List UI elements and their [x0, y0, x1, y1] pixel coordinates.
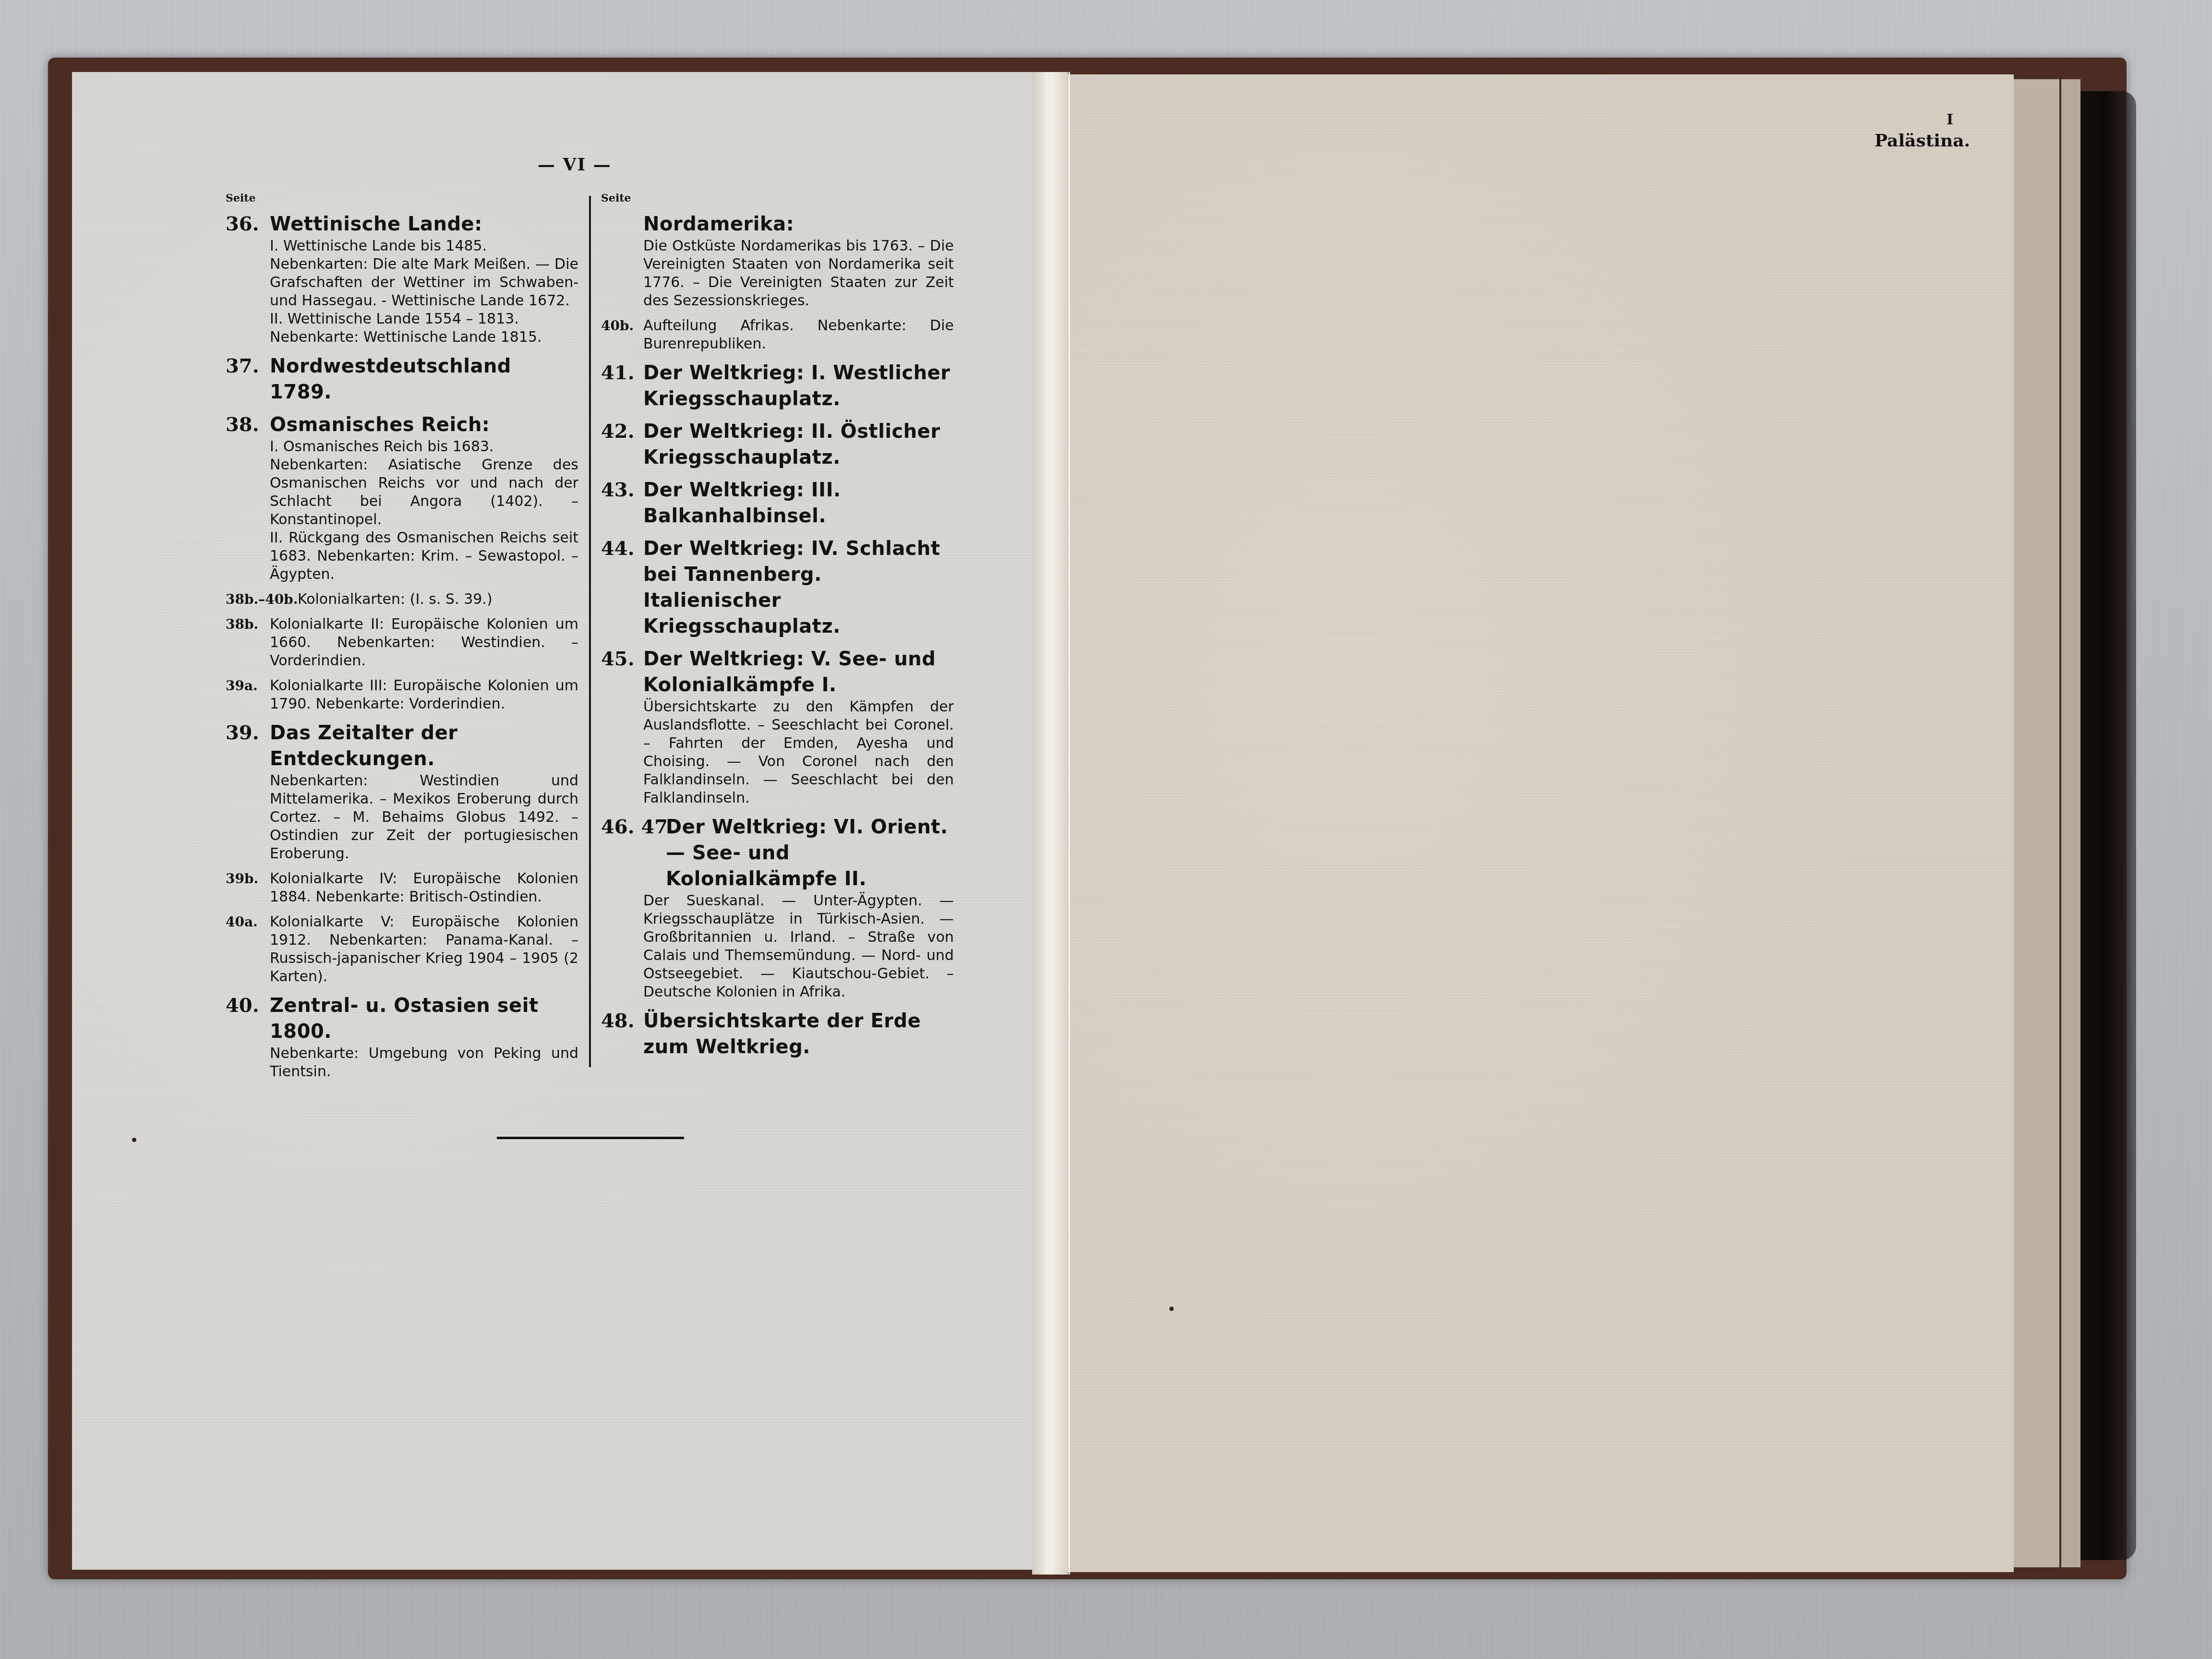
toc-entry-number: 38b.–40b. — [226, 590, 298, 609]
toc-column-right: Seite Nordamerika:Die Ostküste Nordameri… — [601, 192, 954, 1067]
toc-entry-description: Nebenkarten: Westindien und Mittelamerik… — [270, 772, 578, 863]
page-block-edge — [2011, 79, 2062, 1567]
page-number-header: — VI — — [538, 155, 612, 175]
toc-entry-title: Wettinische Lande: — [270, 211, 578, 237]
toc-entry-description: II. Wettinische Lande 1554 – 1813. — [270, 310, 578, 328]
toc-entry-description: Übersichtskarte zu den Kämpfen der Ausla… — [643, 698, 954, 807]
gutter-crease — [1046, 72, 1047, 1575]
toc-entry-number: 39b. — [226, 870, 258, 888]
toc-entry[interactable]: 38b.–40b.Kolonialkarten: (I. s. S. 39.) — [226, 590, 578, 609]
toc-entry-title: Der Weltkrieg: II. Östlicher Kriegsschau… — [643, 419, 954, 470]
page-block-edge-outer — [2059, 79, 2080, 1567]
toc-entry-description: Die Ostküste Nordamerikas bis 1763. – Di… — [643, 237, 954, 310]
toc-entry-number: 38. — [226, 412, 259, 438]
toc-entry-number: 45. — [601, 646, 635, 672]
toc-entry-number: 37. — [226, 353, 259, 379]
toc-entry-number: 44. — [601, 536, 635, 562]
toc-entry[interactable]: 42.Der Weltkrieg: II. Östlicher Kriegssc… — [601, 419, 954, 470]
toc-entry-description: I. Osmanisches Reich bis 1683. — [270, 438, 578, 456]
toc-entry-title: Nordamerika: — [643, 211, 954, 237]
toc-entry-description: Nebenkarten: Asiatische Grenze des Osman… — [270, 456, 578, 529]
toc-entry[interactable]: 39b.Kolonialkarte IV: Europäische Koloni… — [226, 870, 578, 906]
toc-entry[interactable]: 48.Übersichtskarte der Erde zum Weltkrie… — [601, 1008, 954, 1060]
toc-entry-number: 39. — [226, 720, 259, 746]
toc-entry-description: Kolonialkarte IV: Europäische Kolonien 1… — [270, 870, 578, 906]
toc-entry[interactable]: 39.Das Zeitalter der Entdeckungen.Nebenk… — [226, 720, 578, 863]
paper-speck — [1169, 1307, 1174, 1311]
toc-entry-title: Der Weltkrieg: I. Westlicher Kriegsschau… — [643, 360, 954, 412]
toc-entry-title: Nordwestdeutschland 1789. — [270, 353, 578, 405]
toc-entry-title: Zentral- u. Ostasien seit 1800. — [270, 993, 578, 1045]
toc-entry[interactable]: 40a.Kolonialkarte V: Europäische Kolonie… — [226, 913, 578, 986]
toc-entry-description: Nebenkarte: Umgebung von Peking und Tien… — [270, 1045, 578, 1081]
toc-entry-number: 40a. — [226, 913, 258, 931]
right-page[interactable] — [1068, 74, 2014, 1572]
toc-entry[interactable]: 38.Osmanisches Reich:I. Osmanisches Reic… — [226, 412, 578, 584]
toc-entry[interactable]: 37.Nordwestdeutschland 1789. — [226, 353, 578, 405]
plate-title: Palästina. — [1875, 131, 1970, 151]
toc-entry-number: 40b. — [601, 317, 634, 335]
toc-entry[interactable]: 44.Der Weltkrieg: IV. Schlacht bei Tanne… — [601, 536, 954, 639]
toc-entry-description: Der Sueskanal. — Unter-Ägypten. — Kriegs… — [643, 892, 954, 1001]
toc-entry-title: Osmanisches Reich: — [270, 412, 578, 438]
toc-entry-number: 40. — [226, 993, 259, 1019]
toc-entry-description: Kolonialkarten: (I. s. S. 39.) — [298, 590, 578, 609]
toc-entry-description: Kolonialkarte II: Europäische Kolonien u… — [270, 615, 578, 670]
paper-speck — [132, 1138, 136, 1142]
plate-number: I — [1947, 111, 1953, 128]
toc-entry-number: 36. — [226, 211, 259, 237]
column-label: Seite — [226, 192, 578, 204]
toc-entry-title: Der Weltkrieg: VI. Orient. — See- und Ko… — [666, 814, 954, 892]
toc-entry-number: 41. — [601, 360, 635, 386]
toc-entry-description: Nebenkarten: Die alte Mark Meißen. — Die… — [270, 255, 578, 310]
toc-entry-description: II. Rückgang des Osmanischen Reichs seit… — [270, 529, 578, 584]
toc-entry[interactable]: 43.Der Weltkrieg: III. Balkanhalbinsel. — [601, 477, 954, 529]
toc-entry-title: Übersichtskarte der Erde zum Weltkrieg. — [643, 1008, 954, 1060]
toc-entry-description: I. Wettinische Lande bis 1485. — [270, 237, 578, 255]
toc-entry[interactable]: 38b.Kolonialkarte II: Europäische Koloni… — [226, 615, 578, 670]
toc-entry-description: Kolonialkarte III: Europäische Kolonien … — [270, 677, 578, 713]
toc-entry[interactable]: 41.Der Weltkrieg: I. Westlicher Kriegssc… — [601, 360, 954, 412]
toc-entry-number: 42. — [601, 419, 635, 445]
toc-entry[interactable]: 46. 47.Der Weltkrieg: VI. Orient. — See-… — [601, 814, 954, 1001]
toc-entry[interactable]: 40b.Aufteilung Afrikas. Nebenkarte: Die … — [601, 317, 954, 353]
toc-entry-description: Aufteilung Afrikas. Nebenkarte: Die Bure… — [643, 317, 954, 353]
toc-column-left: Seite 36.Wettinische Lande:I. Wettinisch… — [226, 192, 578, 1088]
toc-entry-description: Kolonialkarte V: Europäische Kolonien 19… — [270, 913, 578, 986]
toc-entry[interactable]: Nordamerika:Die Ostküste Nordamerikas bi… — [601, 211, 954, 310]
toc-entry[interactable]: 39a.Kolonialkarte III: Europäische Kolon… — [226, 677, 578, 713]
toc-entry[interactable]: 36.Wettinische Lande:I. Wettinische Land… — [226, 211, 578, 347]
toc-entry-title: Der Weltkrieg: III. Balkanhalbinsel. — [643, 477, 954, 529]
toc-entry-number: 39a. — [226, 677, 258, 695]
toc-entry[interactable]: 45.Der Weltkrieg: V. See- und Kolonialkä… — [601, 646, 954, 807]
column-label: Seite — [601, 192, 954, 204]
toc-entry-title: Der Weltkrieg: IV. Schlacht bei Tannenbe… — [643, 536, 954, 639]
end-rule — [497, 1137, 684, 1139]
toc-entry-number: 48. — [601, 1008, 635, 1034]
book-gutter — [1032, 72, 1068, 1575]
toc-entry-number: 38b. — [226, 615, 258, 634]
toc-entry-title: Der Weltkrieg: V. See- und Kolonialkämpf… — [643, 646, 954, 698]
toc-entry[interactable]: 40.Zentral- u. Ostasien seit 1800.Nebenk… — [226, 993, 578, 1081]
gutter-crease — [1069, 72, 1070, 1575]
toc-entry-title: Das Zeitalter der Entdeckungen. — [270, 720, 578, 772]
column-divider — [589, 196, 591, 1067]
toc-entry-number: 46. 47. — [601, 814, 674, 840]
toc-entry-description: Nebenkarte: Wettinische Lande 1815. — [270, 328, 578, 347]
toc-entry-number: 43. — [601, 477, 635, 503]
